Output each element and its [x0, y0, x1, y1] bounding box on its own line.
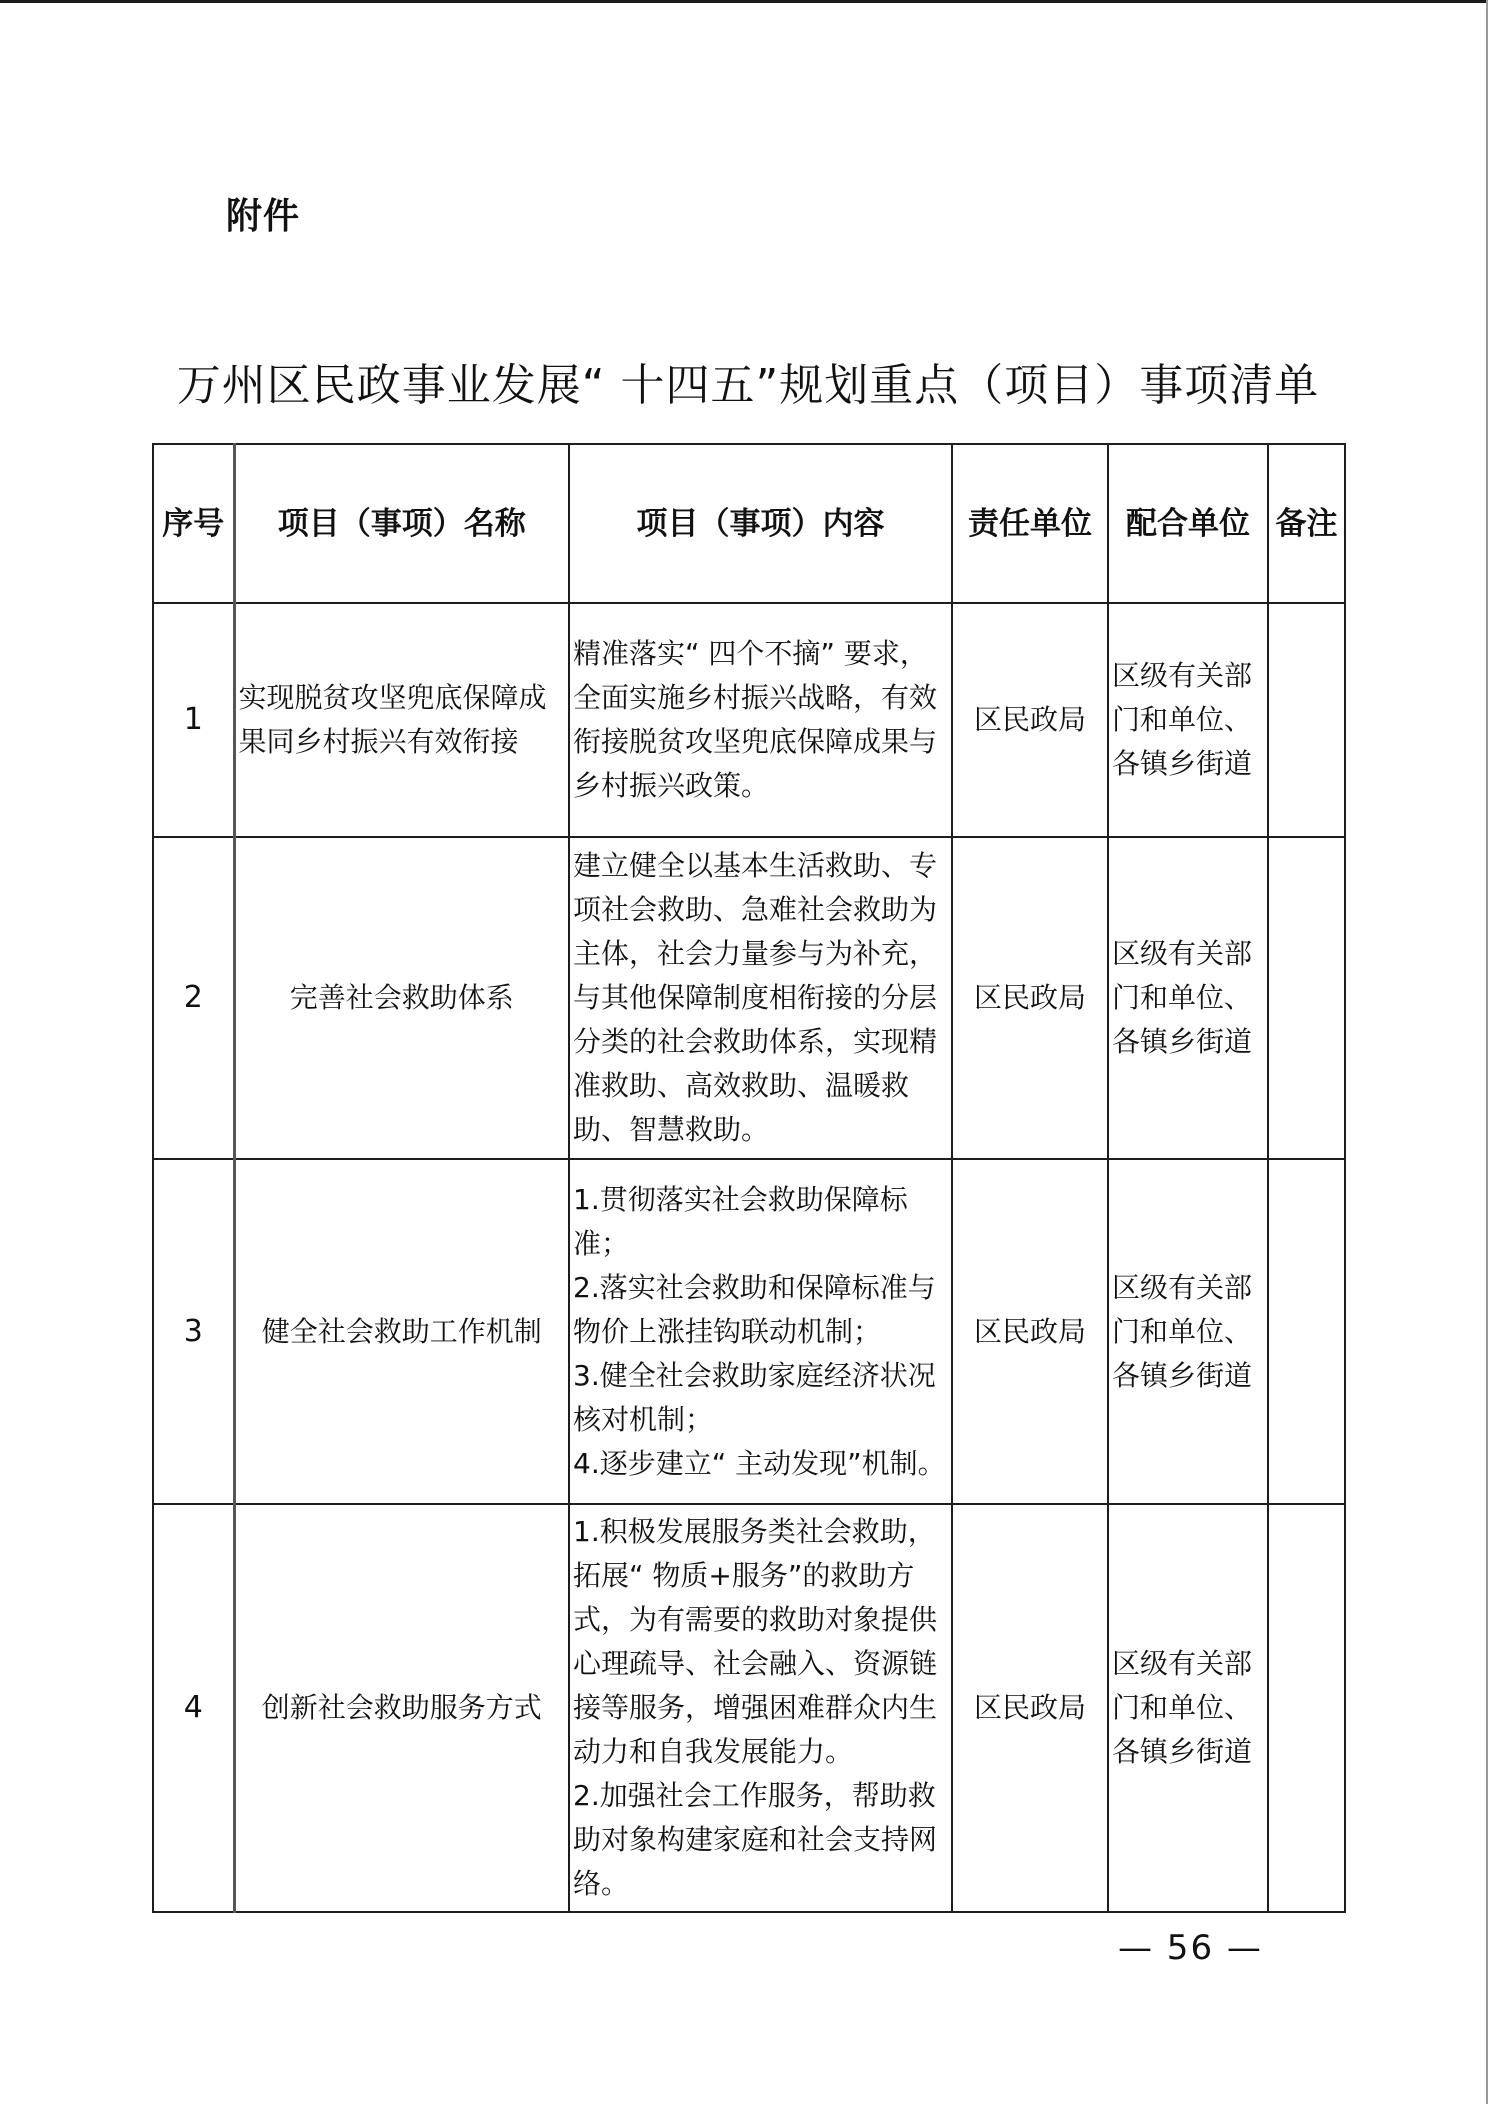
row-responsible: 区民政局 [952, 1159, 1108, 1504]
page-number: — 56 — [1118, 1928, 1263, 1968]
row-cooperating: 区级有关部门和单位、各镇乡街道 [1108, 603, 1268, 837]
document-title: 万州区民政事业发展“ 十四五”规划重点（项目）事项清单 [0, 358, 1488, 414]
row-cooperating: 区级有关部门和单位、各镇乡街道 [1108, 1159, 1268, 1504]
row-name: 健全社会救助工作机制 [234, 1159, 569, 1504]
row-responsible: 区民政局 [952, 1504, 1108, 1912]
row-seq: 3 [153, 1159, 234, 1504]
row-remarks [1268, 1504, 1345, 1912]
column-header-name: 项目（事项）名称 [234, 444, 569, 603]
row-seq: 4 [153, 1504, 234, 1912]
row-name: 完善社会救助体系 [234, 837, 569, 1159]
row-remarks [1268, 1159, 1345, 1504]
project-list-table: 序号 项目（事项）名称 项目（事项）内容 责任单位 配合单位 备注 1 实现脱贫… [152, 443, 1346, 1913]
row-name: 实现脱贫攻坚兜底保障成果同乡村振兴有效衔接 [234, 603, 569, 837]
row-content: 1.贯彻落实社会救助保障标准； 2.落实社会救助和保障标准与物价上涨挂钩联动机制… [569, 1159, 952, 1504]
row-content: 建立健全以基本生活救助、专项社会救助、急难社会救助为主体，社会力量参与为补充，与… [569, 837, 952, 1159]
row-seq: 2 [153, 837, 234, 1159]
attachment-label: 附件 [226, 195, 300, 239]
column-header-content: 项目（事项）内容 [569, 444, 952, 603]
column-header-cooperating: 配合单位 [1108, 444, 1268, 603]
column-header-remarks: 备注 [1268, 444, 1345, 603]
row-remarks [1268, 837, 1345, 1159]
row-name: 创新社会救助服务方式 [234, 1504, 569, 1912]
table-row: 1 实现脱贫攻坚兜底保障成果同乡村振兴有效衔接 精准落实“ 四个不摘” 要求，全… [153, 603, 1345, 837]
page-top-border [0, 0, 1488, 3]
column-header-responsible: 责任单位 [952, 444, 1108, 603]
table-row: 2 完善社会救助体系 建立健全以基本生活救助、专项社会救助、急难社会救助为主体，… [153, 837, 1345, 1159]
table-row: 4 创新社会救助服务方式 1.积极发展服务类社会救助，拓展“ 物质+服务”的救助… [153, 1504, 1345, 1912]
row-content: 精准落实“ 四个不摘” 要求，全面实施乡村振兴战略，有效衔接脱贫攻坚兜底保障成果… [569, 603, 952, 837]
row-seq: 1 [153, 603, 234, 837]
table-header-row: 序号 项目（事项）名称 项目（事项）内容 责任单位 配合单位 备注 [153, 444, 1345, 603]
row-cooperating: 区级有关部门和单位、各镇乡街道 [1108, 837, 1268, 1159]
row-remarks [1268, 603, 1345, 837]
row-responsible: 区民政局 [952, 837, 1108, 1159]
table-row: 3 健全社会救助工作机制 1.贯彻落实社会救助保障标准； 2.落实社会救助和保障… [153, 1159, 1345, 1504]
column-header-seq: 序号 [153, 444, 234, 603]
row-content: 1.积极发展服务类社会救助，拓展“ 物质+服务”的救助方式，为有需要的救助对象提… [569, 1504, 952, 1912]
row-cooperating: 区级有关部门和单位、各镇乡街道 [1108, 1504, 1268, 1912]
row-responsible: 区民政局 [952, 603, 1108, 837]
